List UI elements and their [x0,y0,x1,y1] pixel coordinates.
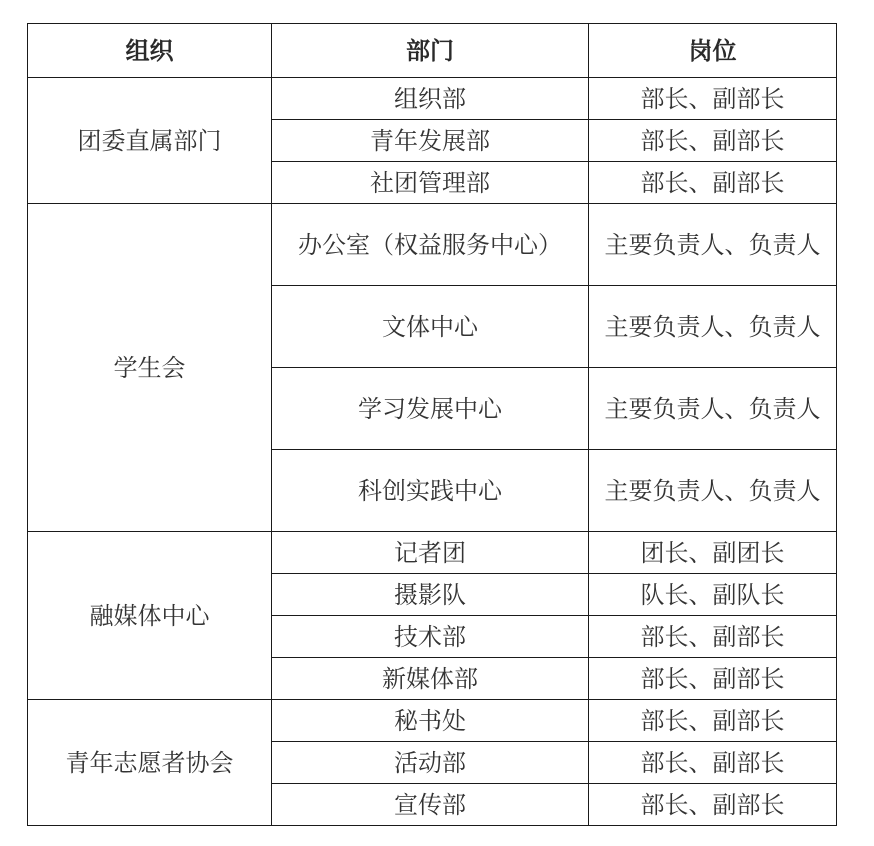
position-cell: 主要负责人、负责人 [589,368,837,450]
organization-positions-table: 组织 部门 岗位 团委直属部门 组织部 部长、副部长 青年发展部 部长、副部长 … [27,23,837,826]
header-org: 组织 [28,24,272,78]
dept-cell: 青年发展部 [272,120,589,162]
dept-cell: 社团管理部 [272,162,589,204]
table-row: 融媒体中心 记者团 团长、副团长 [28,532,837,574]
header-position: 岗位 [589,24,837,78]
position-cell: 主要负责人、负责人 [589,204,837,286]
position-cell: 部长、副部长 [589,616,837,658]
dept-cell: 科创实践中心 [272,450,589,532]
table-row: 学生会 办公室（权益服务中心） 主要负责人、负责人 [28,204,837,286]
dept-cell: 办公室（权益服务中心） [272,204,589,286]
dept-cell: 新媒体部 [272,658,589,700]
position-cell: 部长、副部长 [589,700,837,742]
table-row: 青年志愿者协会 秘书处 部长、副部长 [28,700,837,742]
position-cell: 部长、副部长 [589,78,837,120]
position-cell: 团长、副团长 [589,532,837,574]
position-cell: 部长、副部长 [589,162,837,204]
org-cell: 学生会 [28,204,272,532]
position-cell: 部长、副部长 [589,742,837,784]
org-cell: 团委直属部门 [28,78,272,204]
position-cell: 部长、副部长 [589,120,837,162]
dept-cell: 技术部 [272,616,589,658]
table-row: 团委直属部门 组织部 部长、副部长 [28,78,837,120]
position-cell: 主要负责人、负责人 [589,450,837,532]
position-cell: 队长、副队长 [589,574,837,616]
position-cell: 部长、副部长 [589,658,837,700]
dept-cell: 活动部 [272,742,589,784]
dept-cell: 记者团 [272,532,589,574]
dept-cell: 秘书处 [272,700,589,742]
org-cell: 融媒体中心 [28,532,272,700]
position-cell: 部长、副部长 [589,784,837,826]
position-cell: 主要负责人、负责人 [589,286,837,368]
dept-cell: 宣传部 [272,784,589,826]
header-dept: 部门 [272,24,589,78]
dept-cell: 学习发展中心 [272,368,589,450]
dept-cell: 组织部 [272,78,589,120]
dept-cell: 摄影队 [272,574,589,616]
org-cell: 青年志愿者协会 [28,700,272,826]
header-row: 组织 部门 岗位 [28,24,837,78]
dept-cell: 文体中心 [272,286,589,368]
